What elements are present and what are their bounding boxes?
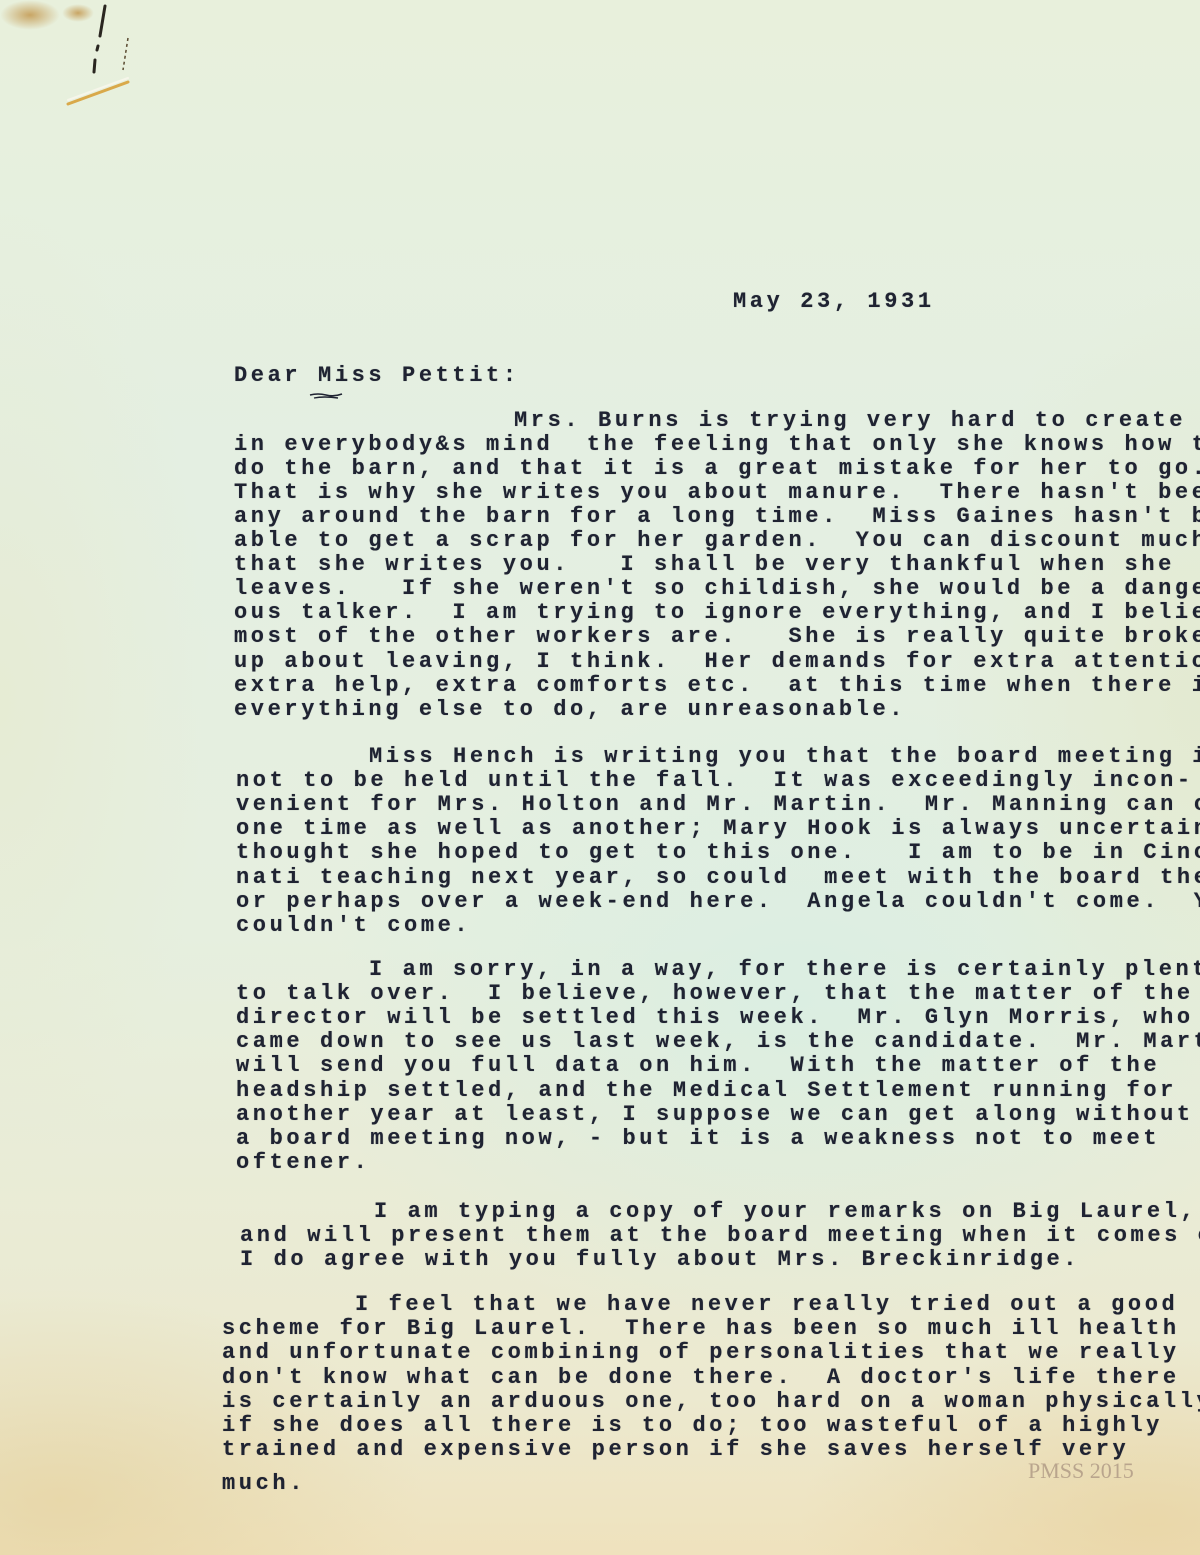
letter-salutation: Dear Miss Pettit: (234, 364, 520, 388)
paragraph-line: director will be settled this week. Mr. … (236, 1006, 1194, 1030)
paragraph-line: came down to see us last week, is the ca… (236, 1030, 1200, 1054)
paragraph-line: do the barn, and that it is a great mist… (234, 457, 1200, 481)
paragraph-line: and will present them at the board meeti… (240, 1224, 1200, 1248)
paragraph-line: and unfortunate combining of personaliti… (222, 1341, 1180, 1365)
paragraph-line: a board meeting now, - but it is a weakn… (236, 1127, 1160, 1151)
paragraph-line: in everybody&s mind the feeling that onl… (234, 433, 1200, 457)
pencil-mark (60, 0, 150, 110)
paragraph-line: I do agree with you fully about Mrs. Bre… (240, 1248, 1080, 1272)
paragraph-line: ous talker. I am trying to ignore everyt… (234, 601, 1200, 625)
paragraph-line: extra help, extra comforts etc. at this … (234, 674, 1200, 698)
paragraph-line: don't know what can be done there. A doc… (222, 1366, 1180, 1390)
paragraph-line: venient for Mrs. Holton and Mr. Martin. … (236, 793, 1200, 817)
paragraph-line: oftener. (236, 1151, 370, 1175)
paragraph-line: one time as well as another; Mary Hook i… (236, 817, 1200, 841)
paragraph-line: Mrs. Burns is trying very hard to create (514, 409, 1186, 433)
paragraph-line: is certainly an arduous one, too hard on… (222, 1390, 1200, 1414)
paragraph-line: up about leaving, I think. Her demands f… (234, 650, 1200, 674)
paragraph-line: will send you full data on him. With the… (236, 1054, 1160, 1078)
paragraph-line: headship settled, and the Medical Settle… (236, 1079, 1177, 1103)
paragraph-line: to talk over. I believe, however, that t… (236, 982, 1194, 1006)
paragraph-line: any around the barn for a long time. Mis… (234, 505, 1200, 529)
paragraph-line: scheme for Big Laurel. There has been so… (222, 1317, 1180, 1341)
paragraph-line: couldn't come. (236, 914, 471, 938)
paragraph-line: not to be held until the fall. It was ex… (236, 769, 1194, 793)
paragraph-line: I feel that we have never really tried o… (355, 1293, 1178, 1317)
paragraph-line: another year at least, I suppose we can … (236, 1103, 1194, 1127)
paragraph-line: thought she hoped to get to this one. I … (236, 841, 1200, 865)
letter-date: May 23, 1931 (733, 290, 935, 314)
ink-underline (308, 392, 344, 400)
paragraph-line: Miss Hench is writing you that the board… (369, 745, 1200, 769)
archive-watermark: PMSS 2015 (1028, 1458, 1134, 1484)
paragraph-line: much. (222, 1472, 306, 1496)
paragraph-line: that she writes you. I shall be very tha… (234, 553, 1175, 577)
paragraph-line: everything else to do, are unreasonable. (234, 698, 906, 722)
paragraph-line: nati teaching next year, so could meet w… (236, 866, 1200, 890)
paragraph-line: I am typing a copy of your remarks on Bi… (374, 1200, 1197, 1224)
paragraph-line: or perhaps over a week-end here. Angela … (236, 890, 1200, 914)
paragraph-line: trained and expensive person if she save… (222, 1438, 1129, 1462)
paragraph-line: most of the other workers are. She is re… (234, 625, 1200, 649)
rust-stain (0, 0, 60, 30)
paragraph-line: I am sorry, in a way, for there is certa… (369, 958, 1200, 982)
paragraph-line: leaves. If she weren't so childish, she … (234, 577, 1200, 601)
paragraph-line: if she does all there is to do; too wast… (222, 1414, 1163, 1438)
paragraph-line: able to get a scrap for her garden. You … (234, 529, 1200, 553)
paragraph-line: That is why she writes you about manure.… (234, 481, 1200, 505)
